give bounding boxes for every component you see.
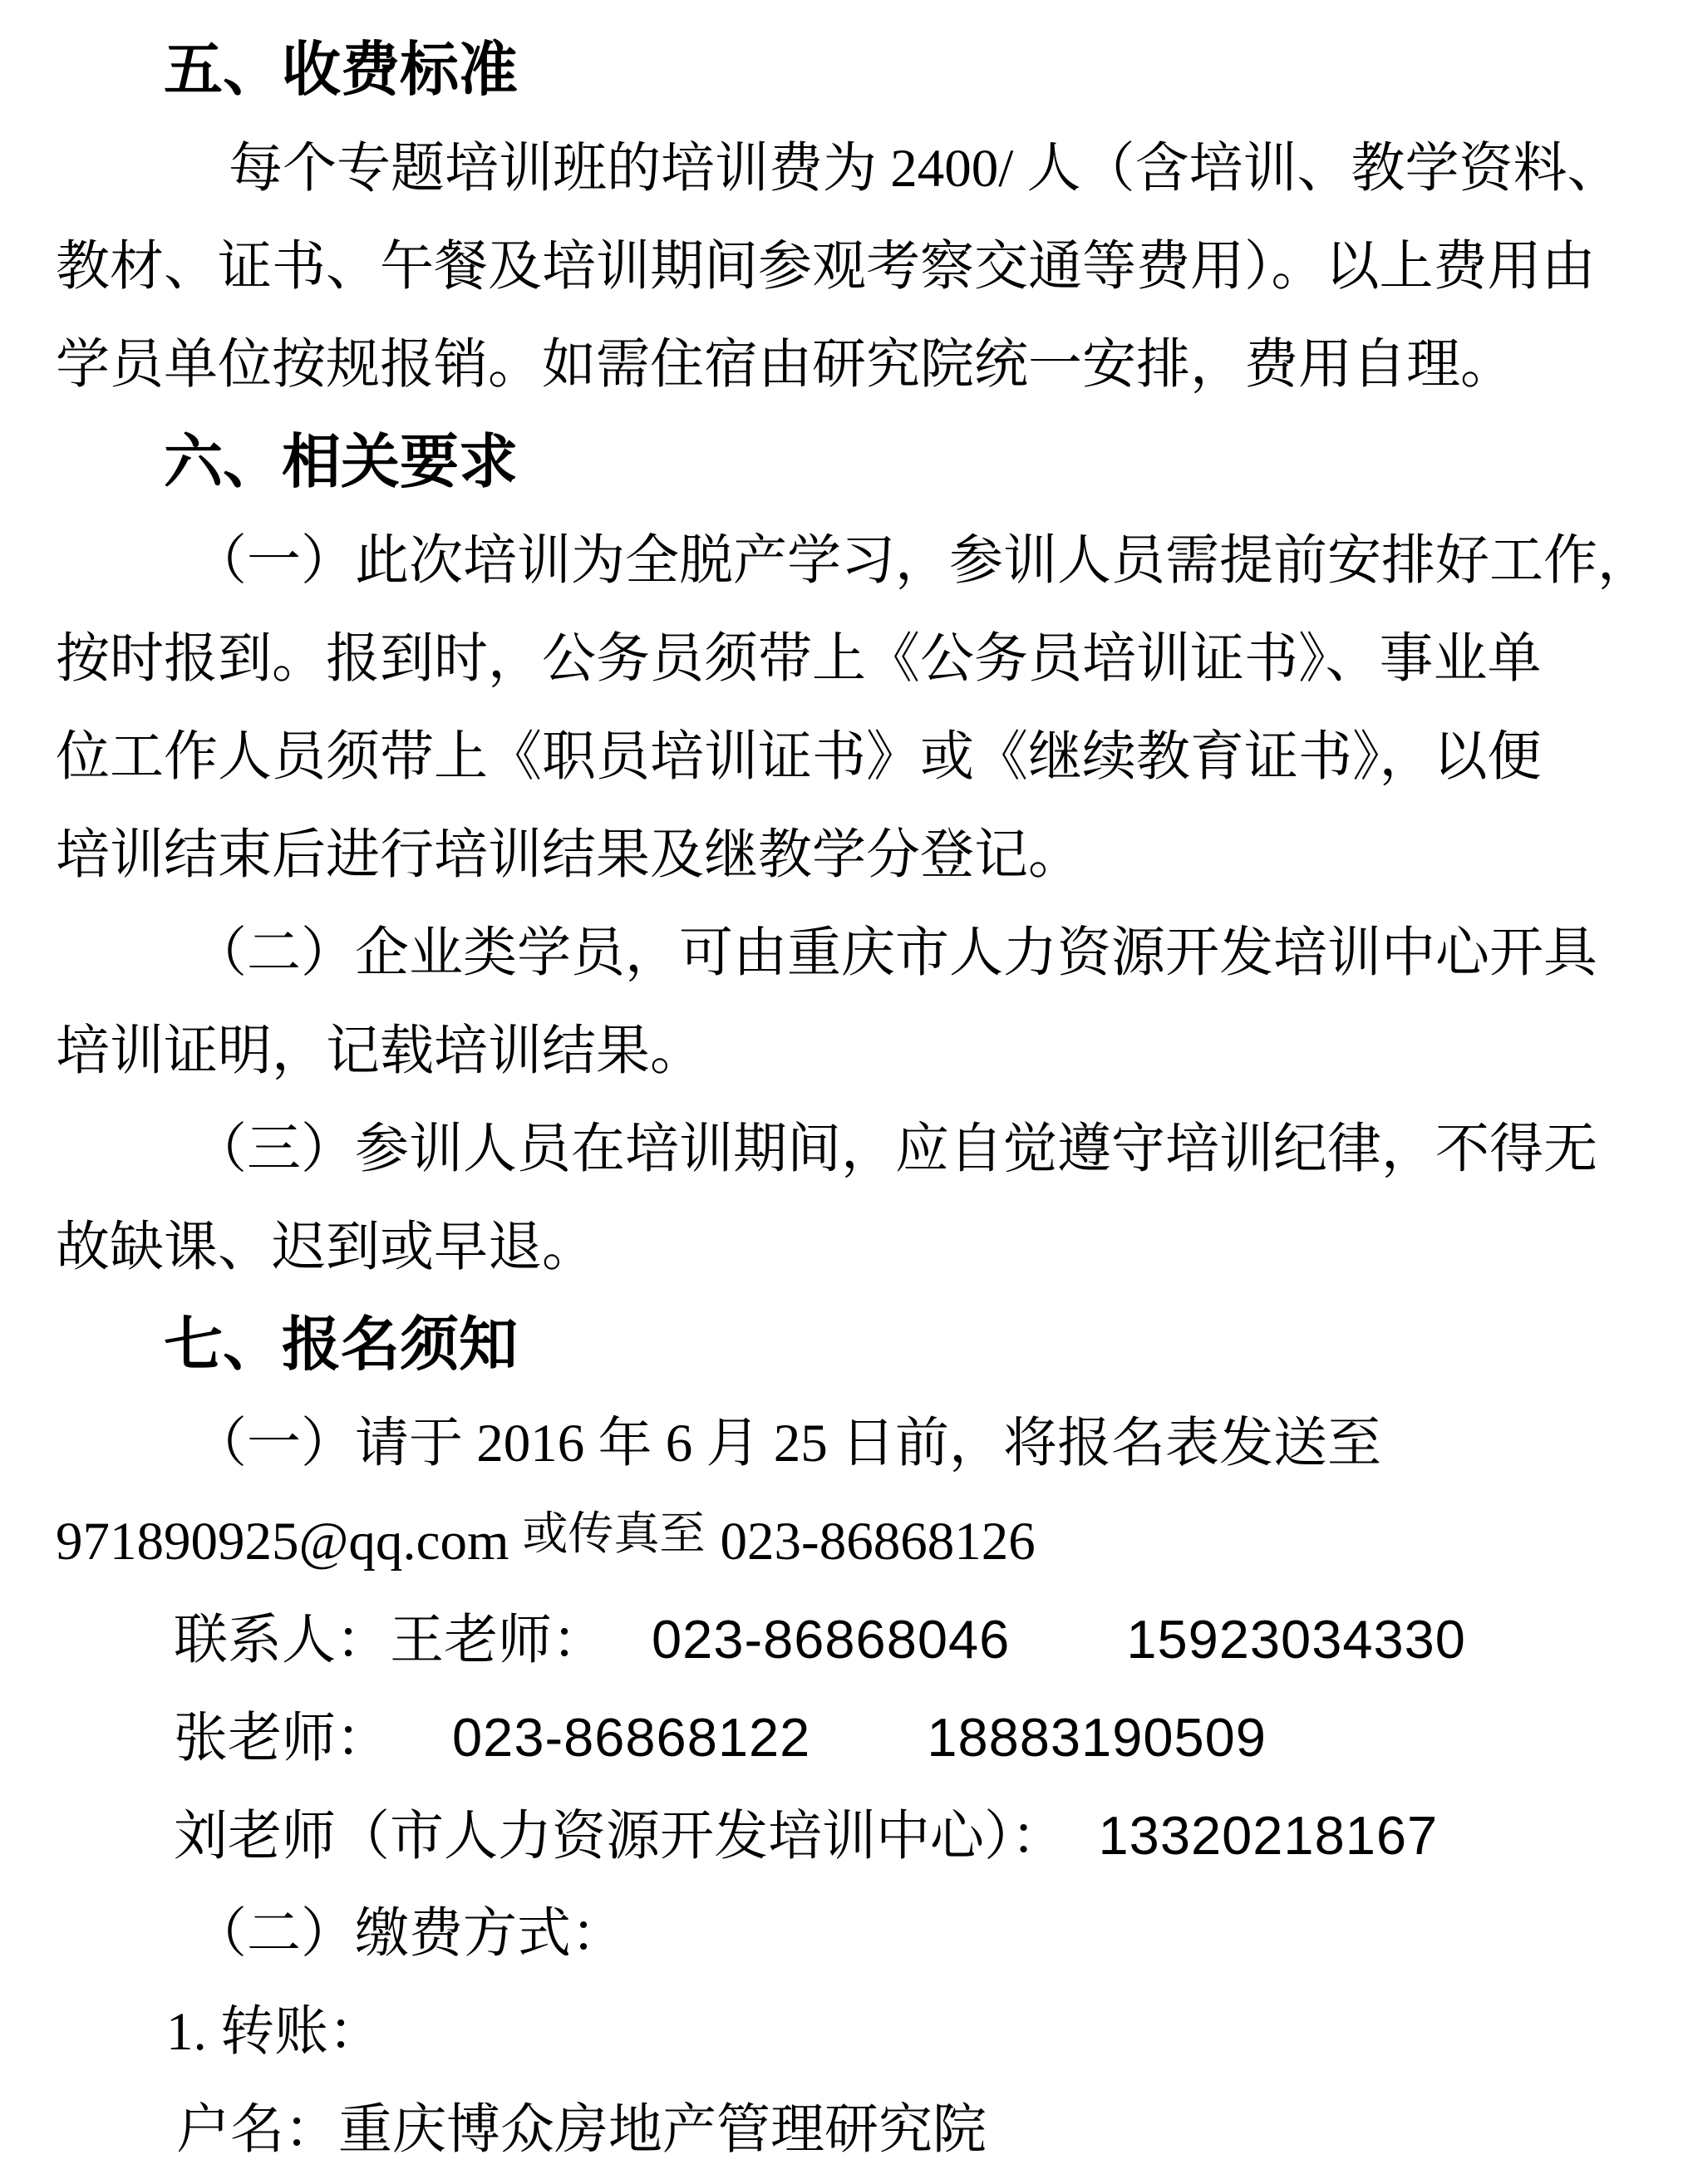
section5-heading: 五、收费标准: [56, 22, 1655, 120]
section6-item3-line-2: 故缺课、迟到或早退。: [56, 1198, 1655, 1296]
section6-item3-line-1: （三）参训人员在培训期间，应自觉遵守培训纪律，不得无: [56, 1100, 1655, 1198]
section7-item1-line-1: （一）请于 2016 年 6 月 25 日前，将报名表发送至: [56, 1395, 1655, 1493]
section7-payment-method-line: （二）缴费方式：: [56, 1885, 1655, 1983]
contact-line-wang: 联系人：王老师：023-8686804615923034330: [56, 1591, 1655, 1689]
section6-item2-line-1: （二）企业类学员，可由重庆市人力资源开发培训中心开具: [56, 904, 1655, 1002]
contact-label: 联系人：王老师：: [174, 1611, 606, 1670]
section6-item1-line-4: 培训结束后进行培训结果及继教学分登记。: [56, 806, 1655, 904]
section7-email-fax-line: 971890925@qq.com或传真至023-86868126: [56, 1493, 1655, 1591]
contact-phone-1: 13320218167: [1099, 1805, 1439, 1866]
section7-heading: 七、报名须知: [56, 1296, 1655, 1395]
contact-phone-1: 023-86868122: [452, 1707, 810, 1768]
fax-label: 或传真至: [523, 1508, 706, 1559]
section6-heading: 六、相关要求: [56, 414, 1655, 512]
section7-transfer-line: 1. 转账：: [56, 1983, 1655, 2081]
contact-line-zhang: 张老师：023-8686812218883190509: [56, 1689, 1655, 1787]
contact-phone-2: 18883190509: [927, 1707, 1267, 1768]
section6-item1-line-1: （一）此次培训为全脱产学习，参训人员需提前安排好工作，: [56, 512, 1655, 610]
section5-para-line-3: 学员单位按规报销。如需住宿由研究院统一安排，费用自理。: [56, 316, 1655, 414]
contact-label: 张老师：: [174, 1709, 390, 1768]
section6-item2-line-2: 培训证明，记载培训结果。: [56, 1002, 1655, 1100]
contact-phone-2: 15923034330: [1126, 1609, 1466, 1670]
section5-para-line-2: 教材、证书、午餐及培训期间参观考察交通等费用）。以上费用由: [56, 218, 1655, 316]
section5-para-line-1: 每个专题培训班的培训费为 2400/ 人（含培训、教学资料、: [56, 120, 1655, 218]
section6-item1-line-3: 位工作人员须带上《职员培训证书》或《继续教育证书》，以便: [56, 708, 1655, 806]
section7-account-name-line: 户名：重庆博众房地产管理研究院: [56, 2081, 1655, 2179]
contact-phone-1: 023-86868046: [652, 1609, 1010, 1670]
contact-label: 刘老师（市人力资源开发培训中心）：: [174, 1807, 1065, 1867]
email-address: 971890925@qq.com: [56, 1512, 509, 1572]
fax-number: 023-86868126: [721, 1512, 1036, 1572]
document-page: 五、收费标准 每个专题培训班的培训费为 2400/ 人（含培训、教学资料、 教材…: [0, 0, 1688, 2184]
contact-line-liu: 刘老师（市人力资源开发培训中心）：13320218167: [56, 1787, 1655, 1885]
section6-item1-line-2: 按时报到。报到时，公务员须带上《公务员培训证书》、事业单: [56, 610, 1655, 708]
